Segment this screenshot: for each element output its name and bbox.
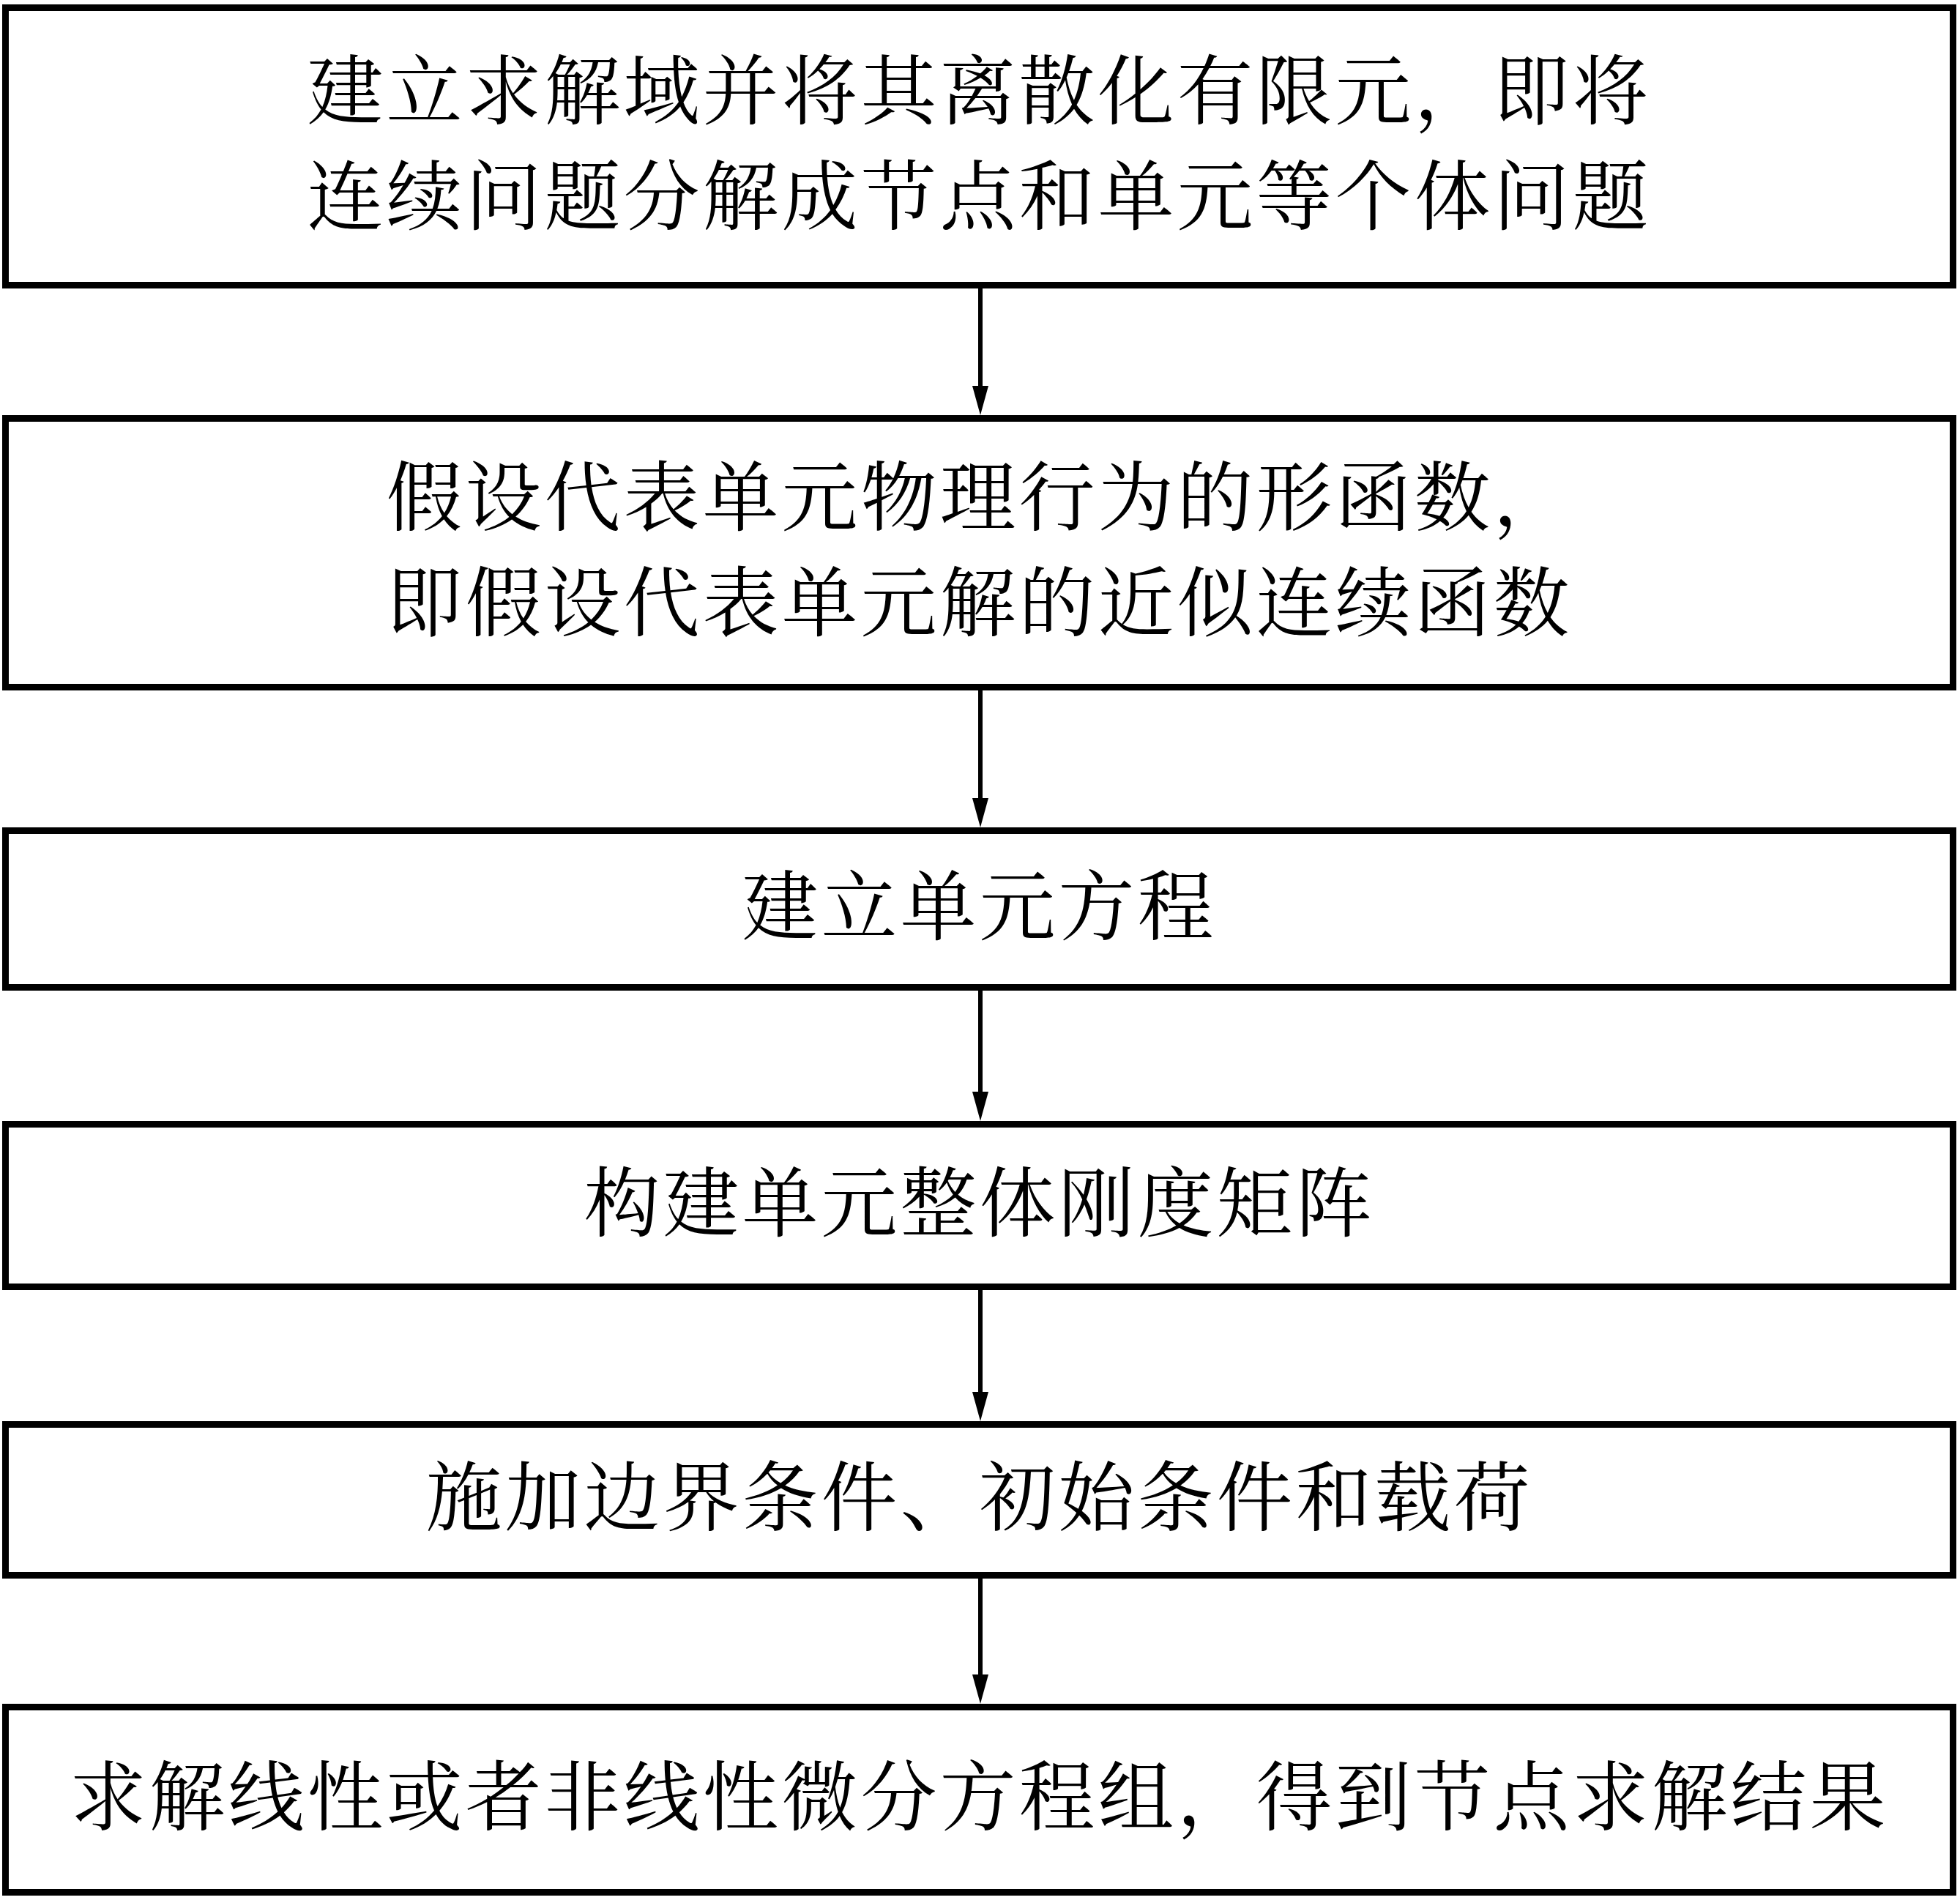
flow-step-4-line-1: 构建单元整体刚度矩阵 (584, 1153, 1374, 1259)
flow-step-6-box: 求解线性或者非线性微分方程组，得到节点求解结果 (2, 1704, 1956, 1896)
arrow-down-icon (972, 1674, 988, 1704)
flow-step-1-line-2: 连续问题分解成节点和单元等个体问题 (307, 146, 1651, 252)
flow-step-5-box: 施加边界条件、初始条件和载荷 (2, 1421, 1956, 1579)
connector-arrow-3 (972, 991, 988, 1121)
connector-arrow-1 (972, 288, 988, 415)
flow-step-1-box: 建立求解域并将其离散化有限元，即将 连续问题分解成节点和单元等个体问题 (2, 4, 1956, 288)
flow-step-3-box: 建立单元方程 (2, 827, 1956, 991)
flow-step-2-line-2: 即假设代表单元解的近似连续函数 (386, 553, 1572, 658)
flow-step-4-box: 构建单元整体刚度矩阵 (2, 1121, 1956, 1290)
arrow-shaft (978, 1579, 983, 1674)
flow-step-3-line-1: 建立单元方程 (742, 857, 1216, 962)
flow-step-5-line-1: 施加边界条件、初始条件和载荷 (425, 1448, 1532, 1553)
arrow-shaft (978, 1290, 983, 1392)
arrow-down-icon (972, 1092, 988, 1121)
arrow-shaft (978, 288, 983, 386)
arrow-down-icon (972, 386, 988, 415)
arrow-down-icon (972, 1392, 988, 1421)
flow-step-2-box: 假设代表单元物理行为的形函数， 即假设代表单元解的近似连续函数 (2, 415, 1956, 690)
flowchart-canvas: 建立求解域并将其离散化有限元，即将 连续问题分解成节点和单元等个体问题 假设代表… (0, 0, 1960, 1900)
flow-step-6-line-1: 求解线性或者非线性微分方程组，得到节点求解结果 (70, 1747, 1888, 1852)
connector-arrow-2 (972, 690, 988, 827)
flow-step-2-line-1: 假设代表单元物理行为的形函数， (386, 447, 1572, 553)
connector-arrow-5 (972, 1579, 988, 1704)
flow-step-1-line-1: 建立求解域并将其离散化有限元，即将 (307, 41, 1651, 146)
arrow-down-icon (972, 798, 988, 827)
arrow-shaft (978, 991, 983, 1092)
connector-arrow-4 (972, 1290, 988, 1421)
arrow-shaft (978, 690, 983, 798)
